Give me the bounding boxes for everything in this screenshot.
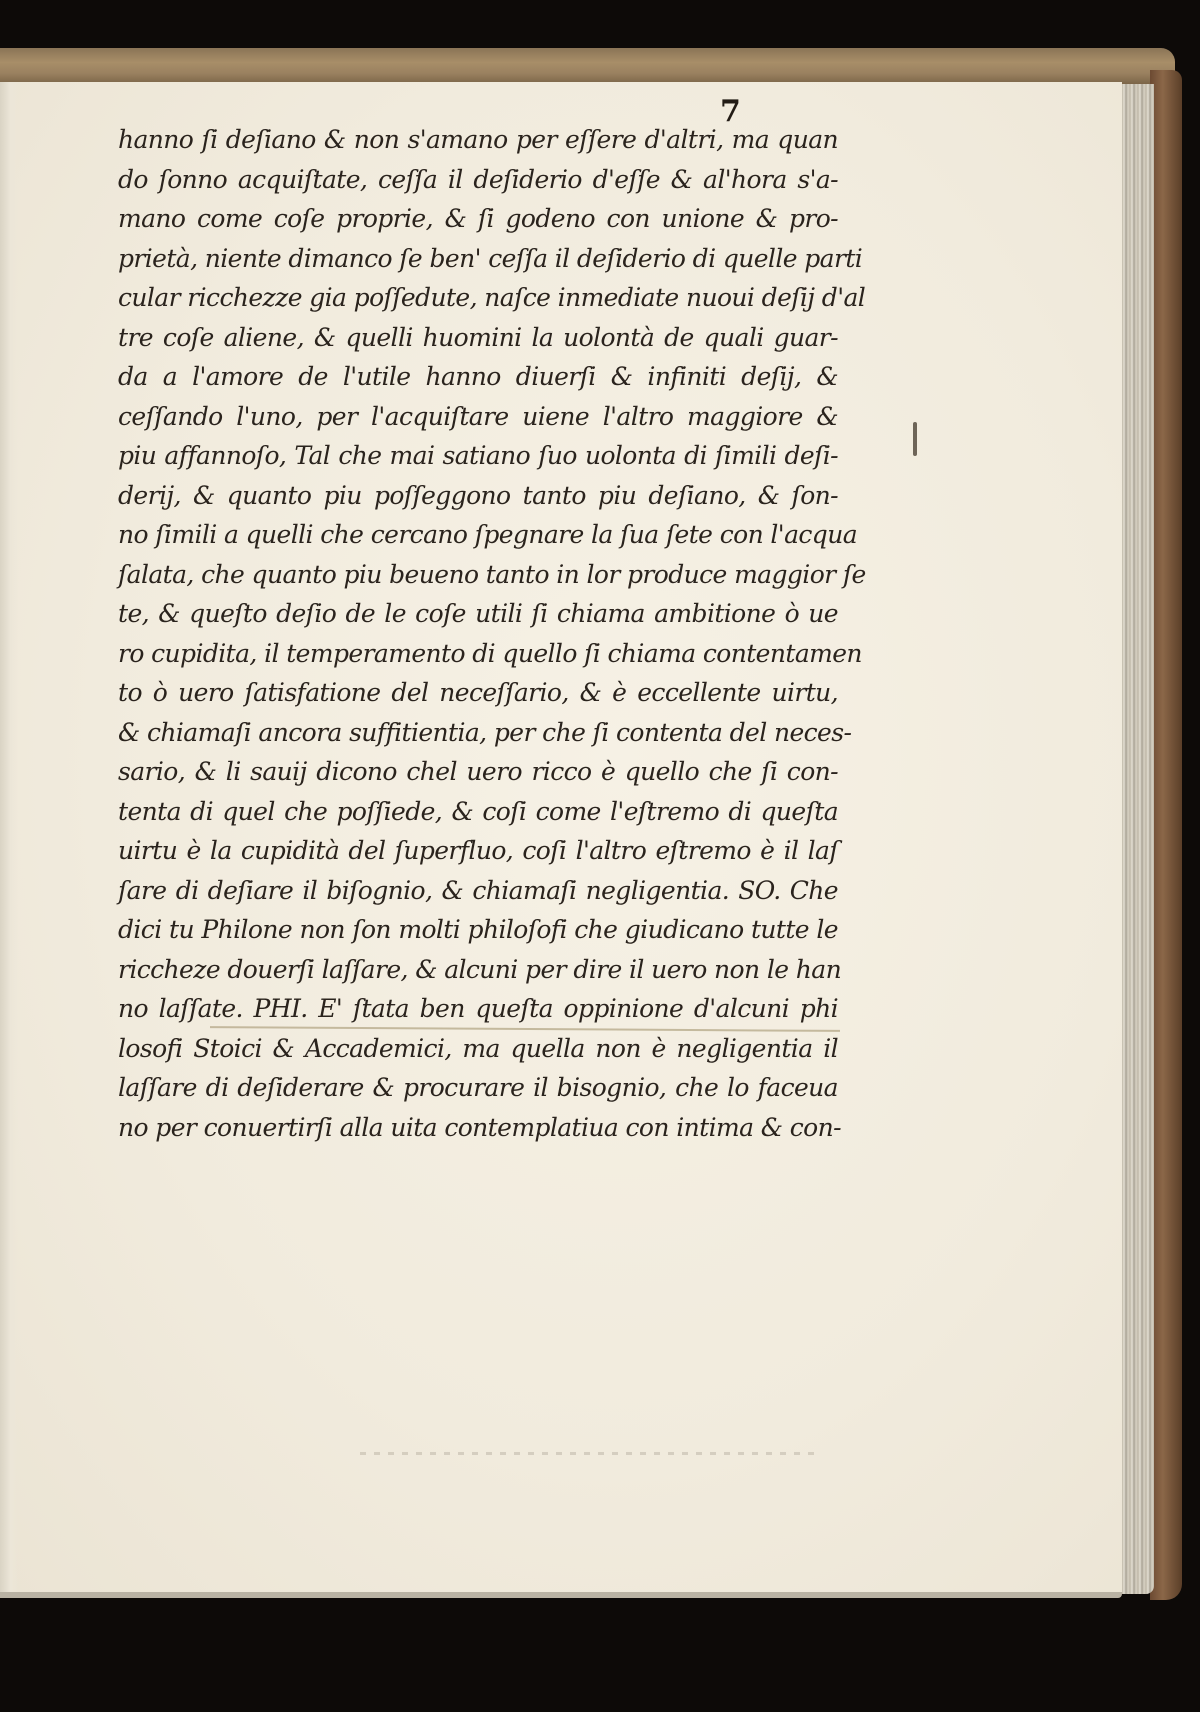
show-through-smudge <box>360 1452 820 1455</box>
text-line: & chiamaſi ancora suffitientia, per che … <box>118 713 838 753</box>
text-line: uirtu è la cupidità del ſuperfluo, coſi … <box>118 831 838 871</box>
text-line: ro cupidita, il temperamento di quello ſ… <box>118 634 838 674</box>
text-line: tenta di quel che poſſiede, & coſi come … <box>118 792 838 832</box>
text-line: do ſonno acquiſtate, ceſſa il deſiderio … <box>118 160 838 200</box>
text-line: no ſimili a quelli che cercano ſpegnare … <box>118 515 838 555</box>
book-binding-top <box>0 48 1175 84</box>
text-line: ceſſando l'uno, per l'acquiſtare uiene l… <box>118 397 838 437</box>
text-line: ſalata, che quanto piu beueno tanto in l… <box>118 555 838 595</box>
text-line: prietà, niente dimanco ſe ben' ceſſa il … <box>118 239 838 279</box>
text-line: no laſſate. PHI. E' ſtata ben queſta opp… <box>118 989 838 1029</box>
text-line: sario, & li sauij dicono chel uero ricco… <box>118 752 838 792</box>
text-line: no per conuertirſi alla uita contemplati… <box>118 1108 838 1148</box>
text-line: cular ricchezze gia poſſedute, naſce inm… <box>118 278 838 318</box>
text-line: te, & queſto deſio de le coſe utili ſi c… <box>118 594 838 634</box>
page-block-edges <box>1120 84 1154 1594</box>
text-line: to ò uero ſatisfatione del neceſſario, &… <box>118 673 838 713</box>
text-line: da a l'amore de l'utile hanno diuerſi & … <box>118 357 838 397</box>
book-binding-spine-edge <box>1150 70 1182 1600</box>
text-block: hanno ſi deſiano & non s'amano per eſſer… <box>118 120 838 1147</box>
text-line: ſare di deſiare il biſognio, & chiamaſi … <box>118 871 838 911</box>
text-line: piu affannoſo, Tal che mai satiano ſuo u… <box>118 436 838 476</box>
text-line: dici tu Philone non ſon molti philoſofi … <box>118 910 838 950</box>
margin-mark <box>913 422 917 456</box>
text-line: derij, & quanto piu poſſeggono tanto piu… <box>118 476 838 516</box>
text-line: laſſare di deſiderare & procurare il bis… <box>118 1068 838 1108</box>
text-line: tre coſe aliene, & quelli huomini la uol… <box>118 318 838 358</box>
scanned-book-page-scene: 7 hanno ſi deſiano & non s'amano per eſſ… <box>0 0 1200 1712</box>
text-line: hanno ſi deſiano & non s'amano per eſſer… <box>118 120 838 160</box>
text-line: riccheze douerſi laſſare, & alcuni per d… <box>118 950 838 990</box>
gutter-shadow <box>0 82 18 1592</box>
text-line: mano come coſe proprie, & ſi godeno con … <box>118 199 838 239</box>
text-line: losofi Stoici & Accademici, ma quella no… <box>118 1029 838 1069</box>
